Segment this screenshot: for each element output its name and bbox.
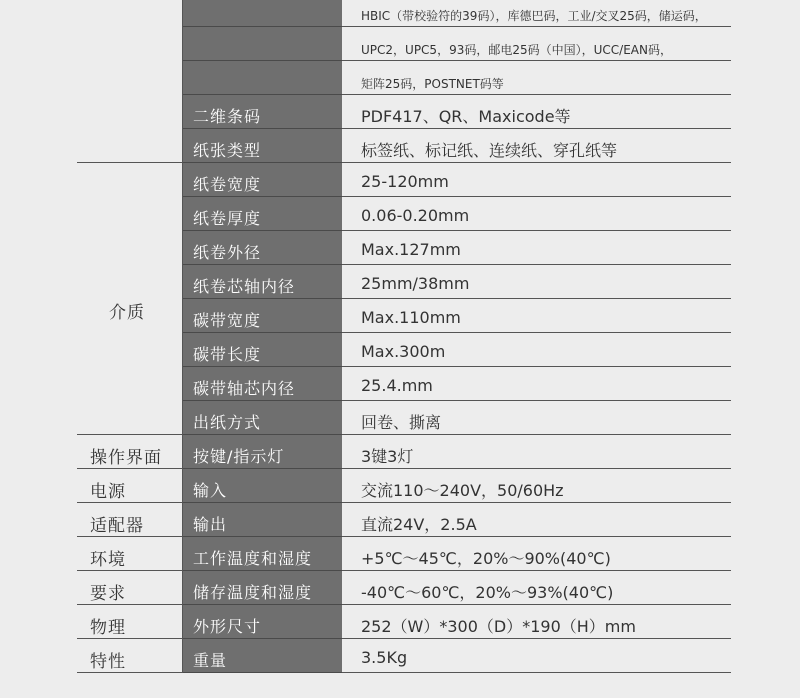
label-column-background <box>183 0 342 672</box>
spec-value: +5℃～45℃，20%～90%(40℃) <box>361 546 611 569</box>
row-divider <box>342 128 731 129</box>
spec-label: 纸卷外径 <box>193 240 261 263</box>
spec-value: UPC2，UPC5，93码，邮电25码（中国），UCC/EAN码， <box>361 41 672 58</box>
row-divider <box>183 26 342 27</box>
spec-label: 二维条码 <box>193 104 261 127</box>
row-divider <box>183 60 342 61</box>
row-divider <box>77 570 183 571</box>
row-divider <box>342 298 731 299</box>
row-divider <box>342 638 731 639</box>
row-divider <box>183 400 342 401</box>
spec-label: 纸卷厚度 <box>193 206 261 229</box>
row-divider <box>77 502 183 503</box>
row-divider <box>342 60 731 61</box>
spec-value: 回卷、撕离 <box>361 410 441 433</box>
row-divider <box>77 468 183 469</box>
row-divider <box>342 434 731 435</box>
row-divider <box>342 400 731 401</box>
row-divider <box>342 604 731 605</box>
row-divider <box>183 128 342 129</box>
row-divider <box>342 672 731 673</box>
row-divider <box>77 162 183 163</box>
spec-label: 碳带长度 <box>193 342 261 365</box>
spec-value: Max.110mm <box>361 308 461 327</box>
row-divider <box>183 366 342 367</box>
row-divider <box>183 604 342 605</box>
spec-label: 输出 <box>193 512 227 535</box>
spec-value: 25mm/38mm <box>361 274 469 293</box>
row-divider <box>183 298 342 299</box>
spec-label: 纸卷宽度 <box>193 172 261 195</box>
row-divider <box>342 26 731 27</box>
row-divider <box>183 264 342 265</box>
row-divider <box>77 536 183 537</box>
row-divider <box>183 162 342 163</box>
spec-value: 0.06-0.20mm <box>361 206 469 225</box>
category-label: 环境 <box>90 545 126 570</box>
row-divider <box>183 468 342 469</box>
spec-value: 25-120mm <box>361 172 449 191</box>
spec-label: 碳带轴芯内径 <box>193 376 295 399</box>
spec-label: 输入 <box>193 478 227 501</box>
spec-label: 储存温度和湿度 <box>193 580 312 603</box>
row-divider <box>183 502 342 503</box>
row-divider <box>183 230 342 231</box>
row-divider <box>77 604 183 605</box>
row-divider <box>183 434 342 435</box>
spec-value: -40℃～60℃，20%～93%(40℃) <box>361 580 613 603</box>
row-divider <box>183 536 342 537</box>
row-divider <box>183 94 342 95</box>
row-divider <box>342 162 731 163</box>
row-divider <box>183 672 342 673</box>
row-divider <box>342 536 731 537</box>
category-label: 适配器 <box>90 511 144 536</box>
spec-label: 按键/指示灯 <box>193 444 284 467</box>
spec-value: 3键3灯 <box>361 444 413 467</box>
spec-label: 重量 <box>193 648 227 671</box>
row-divider <box>77 672 183 673</box>
spec-label: 碳带宽度 <box>193 308 261 331</box>
row-divider <box>183 332 342 333</box>
row-divider <box>342 502 731 503</box>
spec-label: 纸张类型 <box>193 138 261 161</box>
row-divider <box>342 94 731 95</box>
row-divider <box>77 434 183 435</box>
spec-label: 纸卷芯轴内径 <box>193 274 295 297</box>
category-label: 介质 <box>109 298 145 323</box>
category-label: 要求 <box>90 579 126 604</box>
row-divider <box>342 570 731 571</box>
spec-value: 标签纸、标记纸、连续纸、穿孔纸等 <box>361 138 617 161</box>
row-divider <box>183 196 342 197</box>
spec-value: HBIC（带校验符的39码），库德巴码，工业/交叉25码，储运码， <box>361 7 707 24</box>
spec-value: 直流24V，2.5A <box>361 512 477 535</box>
row-divider <box>342 468 731 469</box>
category-label: 操作界面 <box>90 443 162 468</box>
spec-value: Max.127mm <box>361 240 461 259</box>
spec-value: 矩阵25码，POSTNET码等 <box>361 75 504 92</box>
category-label: 物理 <box>90 613 126 638</box>
row-divider <box>77 638 183 639</box>
category-label: 特性 <box>90 647 126 672</box>
row-divider <box>183 638 342 639</box>
spec-label: 外形尺寸 <box>193 614 261 637</box>
row-divider <box>342 196 731 197</box>
spec-label: 工作温度和湿度 <box>193 546 312 569</box>
spec-value: 252（W）*300（D）*190（H）mm <box>361 614 636 637</box>
row-divider <box>342 264 731 265</box>
spec-value: 3.5Kg <box>361 648 407 667</box>
row-divider <box>342 230 731 231</box>
spec-value: 交流110～240V，50/60Hz <box>361 478 564 501</box>
row-divider <box>342 332 731 333</box>
column-divider <box>182 0 183 672</box>
category-label: 电源 <box>90 477 126 502</box>
spec-value: PDF417、QR、Maxicode等 <box>361 104 571 127</box>
spec-value: Max.300m <box>361 342 445 361</box>
row-divider <box>342 366 731 367</box>
row-divider <box>183 570 342 571</box>
spec-value: 25.4.mm <box>361 376 433 395</box>
spec-label: 出纸方式 <box>193 410 261 433</box>
